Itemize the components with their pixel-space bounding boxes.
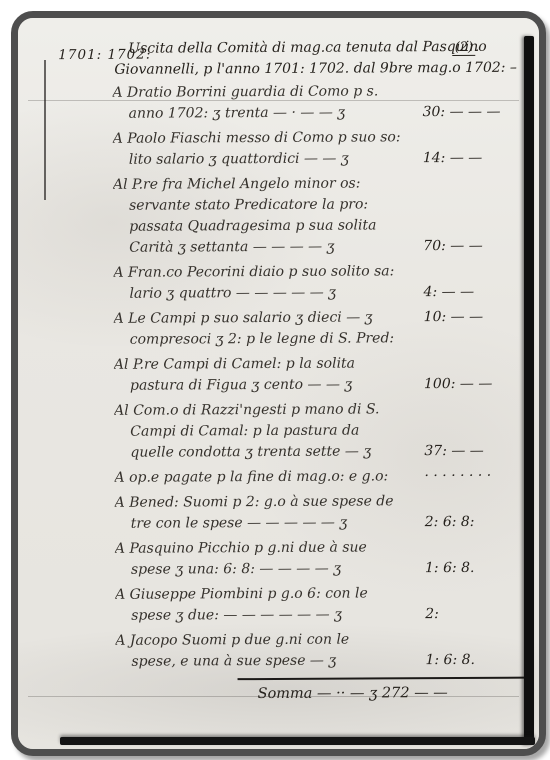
ledger-content: 1701: 1702: (2). Uscita della Comità di … — [16, 17, 519, 751]
somma-rule — [238, 677, 525, 681]
entry-line: tre con le spese — — — — — ʒ — [131, 512, 446, 535]
entry-line: A Giuseppe Piombini p g.o 6: con le — [115, 583, 430, 606]
folio-suffix: . — [475, 40, 479, 55]
ledger-entry: Al Com.o di Razzi'ngesti p mano di S.Cam… — [114, 399, 532, 464]
ledger-entry: A Fran.co Pecorini diaio p suo solito sa… — [113, 261, 531, 305]
entry-line: Carità ʒ settanta — — — — ʒ — [129, 236, 444, 259]
ledger-entry: A Pasquino Picchio p g.ni due à suespese… — [115, 537, 533, 581]
entry-line: anno 1702: ʒ trenta — · — — ʒ — [129, 102, 444, 125]
entry-line: spese ʒ una: 6: 8: — — — — ʒ — [131, 558, 446, 581]
entry-line: Al Com.o di Razzi'ngesti p mano di S. — [114, 399, 429, 422]
ledger-entry: A Le Campi p suo salario ʒ dieci — ʒcomp… — [114, 307, 532, 351]
entry-line: passata Quadragesima p sua solita — [129, 215, 444, 238]
entry-amount: 14: — — — [423, 148, 531, 170]
entry-line: A Jacopo Suomi p due g.ni con le — [115, 629, 430, 652]
ledger-entry: Al P.re fra Michel Angelo minor os:serva… — [113, 173, 531, 259]
entry-line: pastura di Figua ʒ cento — — ʒ — [130, 374, 445, 397]
page-edge-shadow-right — [524, 36, 534, 745]
entry-line: Al P.re fra Michel Angelo minor os: — [113, 173, 428, 196]
ledger-entry: A Paolo Fiaschi messo di Como p suo so:l… — [113, 127, 531, 171]
entries: A Dratio Borrini guardia di Como p s.ann… — [112, 81, 533, 673]
somma-currency: ʒ — [369, 685, 377, 701]
entry-line: spese, e una à sue spese — ʒ — [131, 650, 446, 673]
folio-mark: (2). — [453, 37, 480, 58]
entry-amount: 4: — — — [423, 282, 531, 304]
ledger-entry: A Bened: Suomi p 2: g.o à sue spese detr… — [115, 491, 533, 535]
entry-line: A Pasquino Picchio p g.ni due à sue — [115, 537, 430, 560]
page-edge-shadow-bottom — [60, 737, 535, 745]
header-line: Giovannelli, p l'anno 1701: 1702. dal 9b… — [114, 58, 528, 81]
entry-line: spese ʒ due: — — — — — — ʒ — [131, 604, 446, 627]
ledger-entry: Al P.re Campi di Camel: p la solitapastu… — [114, 353, 532, 397]
somma-line: Somma — ·· — ʒ 272 — — — [258, 683, 448, 705]
entry-line: servante stato Predicatore la pro: — [129, 194, 444, 217]
entry-line: A Le Campi p suo salario ʒ dieci — ʒ — [114, 307, 429, 330]
entry-amount: 37: — — — [424, 441, 532, 463]
entry-amount: 1: 6: 8. — [425, 650, 533, 672]
entry-line: compresoci ʒ 2: p le legne di S. Pred: — [130, 328, 445, 351]
folio-number: (2) — [453, 40, 476, 56]
entry-amount: 70: — — — [423, 236, 531, 258]
entry-line: quelle condotta ʒ trenta sette — ʒ — [130, 441, 445, 464]
somma-block: Somma — ·· — ʒ 272 — — — [20, 675, 519, 722]
entry-line: Campi di Camal: p la pastura da — [130, 420, 445, 443]
entry-amount: 30: — — — — [423, 102, 531, 124]
somma-value: 272 — — — [382, 685, 448, 701]
entry-line: A Paolo Fiaschi messo di Como p suo so: — [113, 127, 428, 150]
ledger-entry: A Jacopo Suomi p due g.ni con lespese, e… — [115, 629, 533, 673]
entry-amount: 1: 6: 8. — [425, 558, 533, 580]
entry-line: A op.e pagate p la fine di mag.o: e g.o: — [114, 466, 429, 489]
entry-line: Al P.re Campi di Camel: p la solita — [114, 353, 429, 376]
entry-amount: · · · · · · · · — [424, 466, 532, 488]
entry-amount: 2: — [425, 604, 533, 626]
somma-label: Somma — ·· — — [258, 685, 365, 702]
entry-line: lario ʒ quattro — — — — — ʒ — [129, 282, 444, 305]
manuscript-paper: 1701: 1702: (2). Uscita della Comità di … — [18, 18, 539, 749]
entry-line: lito salario ʒ quattordici — — ʒ — [129, 148, 444, 171]
ledger-entry: A Giuseppe Piombini p g.o 6: con lespese… — [115, 583, 533, 627]
entry-line: A Fran.co Pecorini diaio p suo solito sa… — [113, 261, 428, 284]
photo-frame: 1701: 1702: (2). Uscita della Comità di … — [11, 11, 546, 756]
ledger-entry: A op.e pagate p la fine di mag.o: e g.o:… — [114, 466, 532, 489]
entry-line: A Bened: Suomi p 2: g.o à sue spese de — [115, 491, 430, 514]
ledger-entry: A Dratio Borrini guardia di Como p s.ann… — [112, 81, 530, 125]
entry-amount: 2: 6: 8: — [425, 512, 533, 534]
entry-line: A Dratio Borrini guardia di Como p s. — [112, 81, 427, 104]
margin-year-label: 1701: 1702: — [58, 45, 151, 66]
entry-amount: 100: — — — [424, 374, 532, 396]
entry-amount: 10: — — — [424, 307, 532, 329]
